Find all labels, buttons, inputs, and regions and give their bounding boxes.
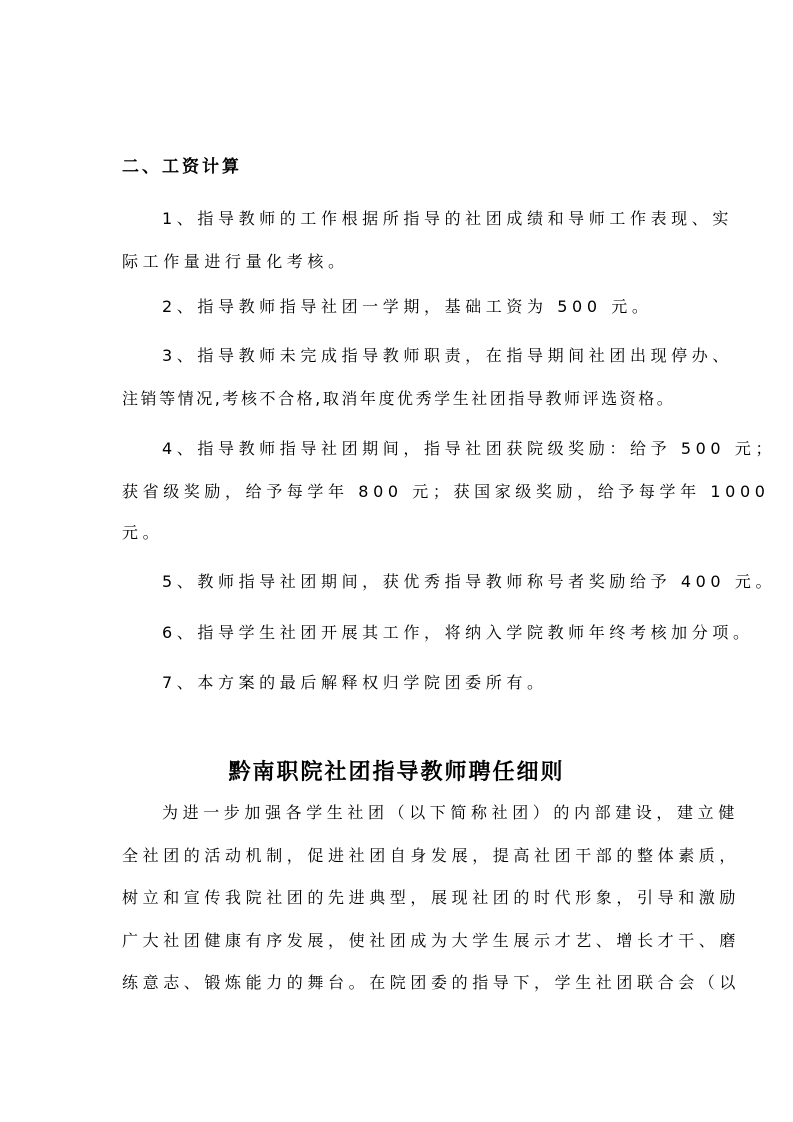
intro-line-1: 为进一步加强各学生社团（以下简称社团）的内部建设，建立健 (162, 802, 674, 824)
item-3-line-2: 注销等情况,考核不合格,取消年度优秀学生社团指导教师评选资格。 (122, 388, 674, 410)
document-title: 黔南职院社团指导教师聘任细则 (0, 758, 793, 786)
item-3-line-1: 3、指导教师未完成指导教师职责，在指导期间社团出现停办、 (162, 345, 674, 367)
item-5-line-1: 5、教师指导社团期间，获优秀指导教师称号者奖励给予 400 元。 (162, 571, 674, 593)
item-1-line-1: 1、指导教师的工作根据所指导的社团成绩和导师工作表现、实 (162, 208, 674, 230)
item-4-line-2: 获省级奖励，给予每学年 800 元；获国家级奖励，给予每学年 1000 (122, 481, 674, 503)
item-4-line-3: 元。 (122, 522, 674, 544)
item-6-line-1: 6、指导学生社团开展其工作，将纳入学院教师年终考核加分项。 (162, 622, 674, 644)
intro-line-2: 全社团的活动机制，促进社团自身发展，提高社团干部的整体素质， (122, 845, 674, 867)
item-4-line-1: 4、指导教师指导社团期间，指导社团获院级奖励：给予 500 元； (162, 438, 674, 460)
intro-line-4: 广大社团健康有序发展，使社团成为大学生展示才艺、增长才干、磨 (122, 930, 674, 952)
item-7-line-1: 7、本方案的最后解释权归学院团委所有。 (162, 672, 674, 694)
item-2-line-1: 2、指导教师指导社团一学期，基础工资为 500 元。 (162, 296, 674, 318)
section-heading: 二、工资计算 (122, 156, 242, 178)
intro-line-5: 练意志、锻炼能力的舞台。在院团委的指导下，学生社团联合会（以 (122, 972, 674, 994)
item-1-line-2: 际工作量进行量化考核。 (122, 251, 674, 273)
intro-line-3: 树立和宣传我院社团的先进典型，展现社团的时代形象，引导和激励 (122, 887, 674, 909)
